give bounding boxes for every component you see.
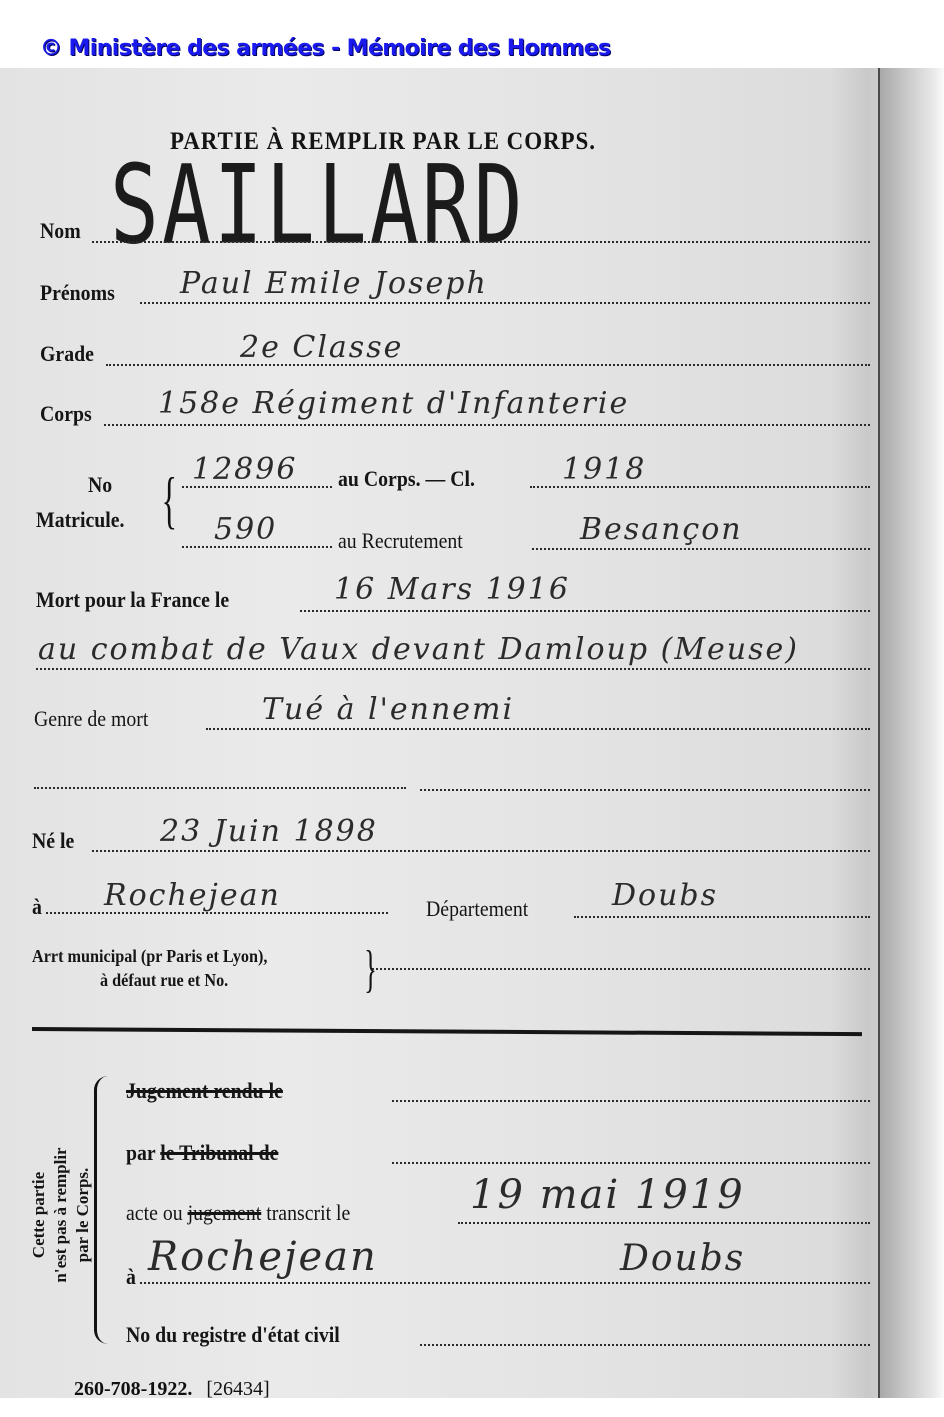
arrondissement-brace: } (364, 944, 376, 996)
naissance-lieu-label: à (32, 894, 42, 920)
matricule-corps-number: 12896 (192, 452, 297, 487)
mort-lieu: au combat de Vaux devant Damloup (Meuse) (38, 632, 799, 667)
side-note-line-3: par le Corps. (72, 1090, 94, 1340)
page-fold-shadow (880, 68, 944, 1398)
grade-value: 2e Classe (240, 330, 403, 365)
acte-value: 19 mai 1919 (470, 1172, 745, 1218)
tribunal-label-keep: par (126, 1140, 155, 1165)
tribunal-label-struck: le Tribunal de (160, 1140, 278, 1165)
genre-mort-label: Genre de mort (34, 706, 148, 732)
civil-section-brace (94, 1076, 109, 1344)
print-reference: 260-708-1922.[26434] (74, 1378, 270, 1401)
recrutement-number: 590 (214, 512, 277, 547)
prenoms-dots (140, 302, 870, 304)
acte-dots (458, 1222, 870, 1224)
registre-dots (420, 1344, 870, 1346)
print-code: 260-708-1922. (74, 1378, 192, 1400)
acte-label: acte ou jugement transcrit le (126, 1200, 350, 1226)
matricule-label-1: No (88, 472, 112, 498)
matricule-brace: { (162, 468, 177, 532)
prenoms-value: Paul Emile Joseph (180, 266, 488, 301)
civil-lieu-dots (140, 1282, 870, 1284)
side-note-line-2: n'est pas à remplir (50, 1090, 72, 1340)
watermark: © Ministère des armées - Mémoire des Hom… (40, 36, 611, 61)
print-ref: [26434] (206, 1378, 269, 1400)
matricule-label-2: Matricule. (36, 507, 125, 533)
arrondissement-label-1: Arrt municipal (pr Paris et Lyon), (32, 946, 267, 967)
nom-dots (92, 241, 870, 243)
mort-lieu-dots (36, 668, 870, 670)
side-note: Cette partie n'est pas à remplir par le … (28, 1090, 94, 1340)
corps-dots (104, 424, 870, 426)
departement-value: Doubs (612, 878, 718, 913)
departement-dots (574, 916, 870, 918)
extra-dots-2 (420, 789, 870, 791)
tribunal-dots (392, 1162, 870, 1164)
departement-label: Département (426, 896, 528, 922)
acte-label-struck: jugement (188, 1200, 262, 1225)
genre-mort-value: Tué à l'ennemi (262, 692, 514, 727)
genre-mort-dots (206, 728, 870, 730)
extra-dots-1 (34, 787, 406, 789)
registre-label: No du registre d'état civil (126, 1322, 340, 1348)
civil-lieu-label: à (126, 1264, 136, 1290)
ne-le-value: 23 Juin 1898 (160, 814, 378, 849)
mort-label: Mort pour la France le (36, 587, 229, 613)
mort-dots (300, 610, 870, 612)
grade-label: Grade (40, 341, 94, 367)
prenoms-label: Prénoms (40, 280, 115, 306)
corps-value: 158e Régiment d'Infanterie (158, 386, 629, 421)
civil-lieu-value: Rochejean (148, 1234, 378, 1280)
recrutement-place: Besançon (580, 512, 743, 547)
tribunal-label: par le Tribunal de (126, 1140, 278, 1166)
civil-lieu-value-2: Doubs (620, 1238, 745, 1279)
acte-label-b: transcrit le (266, 1200, 350, 1225)
acte-label-a: acte ou (126, 1200, 183, 1225)
recrutement-label: au Recrutement (338, 528, 463, 554)
mort-date: 16 Mars 1916 (334, 572, 570, 607)
ne-le-label: Né le (32, 828, 74, 854)
jugement-label: Jugement rendu le (126, 1078, 283, 1104)
arrondissement-label-2: à défaut rue et No. (100, 970, 228, 991)
jugement-dots (392, 1100, 870, 1102)
side-note-line-1: Cette partie (28, 1090, 50, 1340)
ne-le-dots (92, 850, 870, 852)
nom-label: Nom (40, 218, 81, 244)
arrondissement-dots (372, 968, 870, 970)
naissance-lieu-value: Rochejean (104, 878, 281, 913)
grade-dots (106, 364, 870, 366)
recrutement-dots-2 (532, 548, 870, 550)
classe-value: 1918 (562, 452, 646, 487)
corps-label: Corps (40, 401, 92, 427)
matricule-corps-label: au Corps. — Cl. (338, 466, 475, 492)
